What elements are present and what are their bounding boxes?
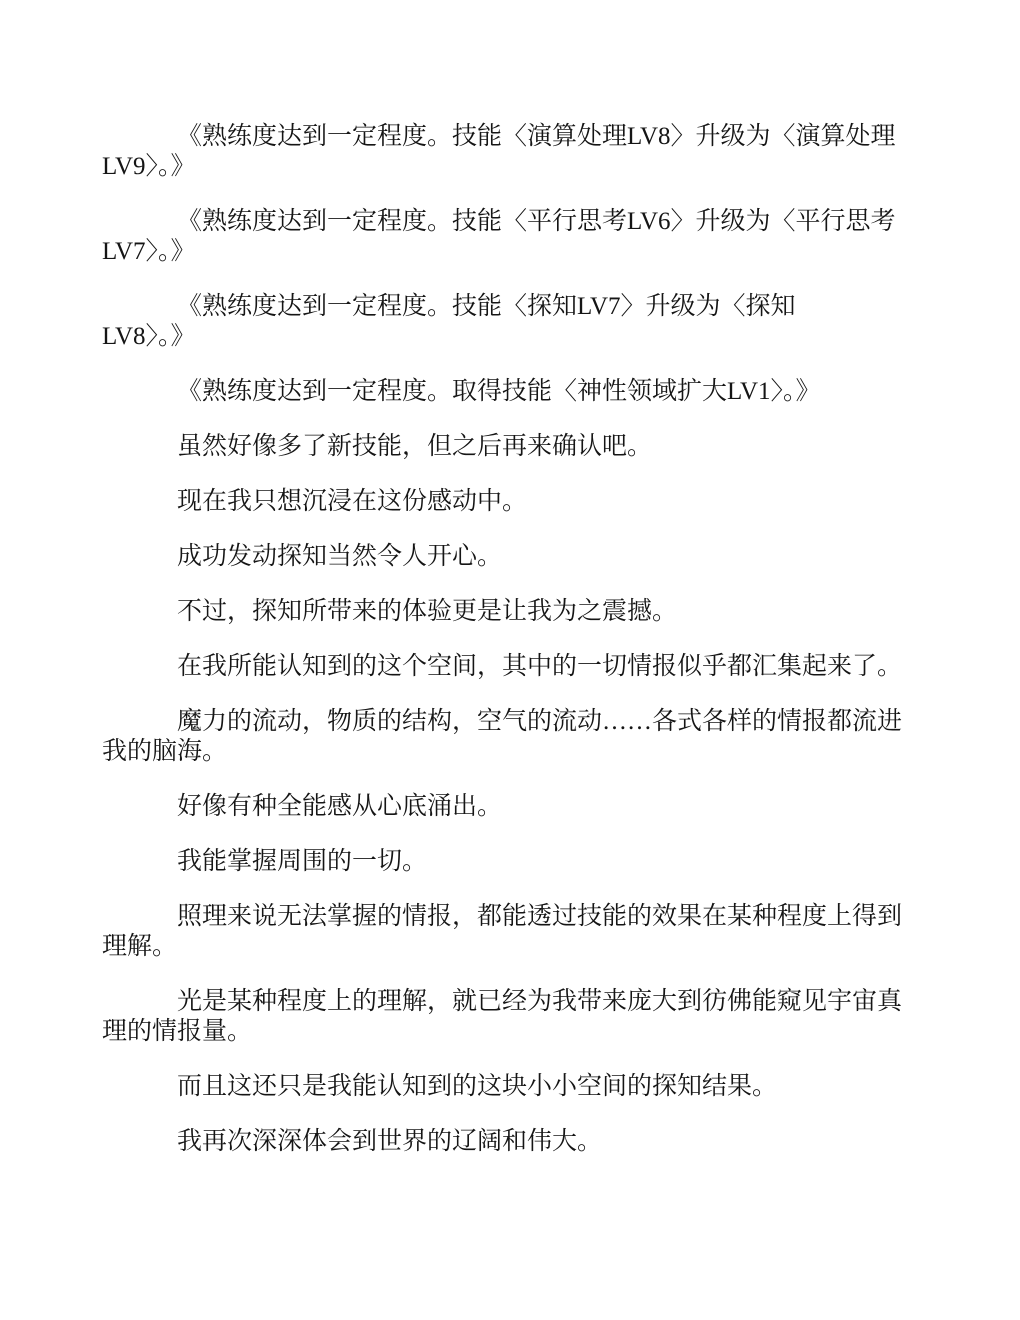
paragraph: 成功发动探知当然令人开心。 — [102, 542, 902, 572]
novel-page: 《熟练度达到一定程度。技能〈演算处理LV8〉升级为〈演算处理LV9〉。》 《熟练… — [0, 0, 1020, 1320]
paragraph: 不过，探知所带来的体验更是让我为之震撼。 — [102, 597, 902, 627]
paragraph: 现在我只想沉浸在这份感动中。 — [102, 487, 902, 517]
paragraph: 《熟练度达到一定程度。技能〈平行思考LV6〉升级为〈平行思考LV7〉。》 — [102, 207, 902, 267]
paragraph: 我再次深深体会到世界的辽阔和伟大。 — [102, 1127, 902, 1157]
paragraph: 虽然好像多了新技能，但之后再来确认吧。 — [102, 432, 902, 462]
paragraph: 《熟练度达到一定程度。技能〈探知LV7〉升级为〈探知LV8〉。》 — [102, 292, 902, 352]
paragraph: 而且这还只是我能认知到的这块小小空间的探知结果。 — [102, 1072, 902, 1102]
paragraph: 照理来说无法掌握的情报，都能透过技能的效果在某种程度上得到理解。 — [102, 902, 902, 962]
paragraph: 在我所能认知到的这个空间，其中的一切情报似乎都汇集起来了。 — [102, 652, 902, 682]
paragraph: 我能掌握周围的一切。 — [102, 847, 902, 877]
paragraph: 魔力的流动，物质的结构，空气的流动……各式各样的情报都流进我的脑海。 — [102, 707, 902, 767]
paragraph: 好像有种全能感从心底涌出。 — [102, 792, 902, 822]
paragraph: 光是某种程度上的理解，就已经为我带来庞大到彷佛能窥见宇宙真理的情报量。 — [102, 987, 902, 1047]
paragraph: 《熟练度达到一定程度。技能〈演算处理LV8〉升级为〈演算处理LV9〉。》 — [102, 122, 902, 182]
paragraph: 《熟练度达到一定程度。取得技能〈神性领域扩大LV1〉。》 — [102, 377, 902, 407]
